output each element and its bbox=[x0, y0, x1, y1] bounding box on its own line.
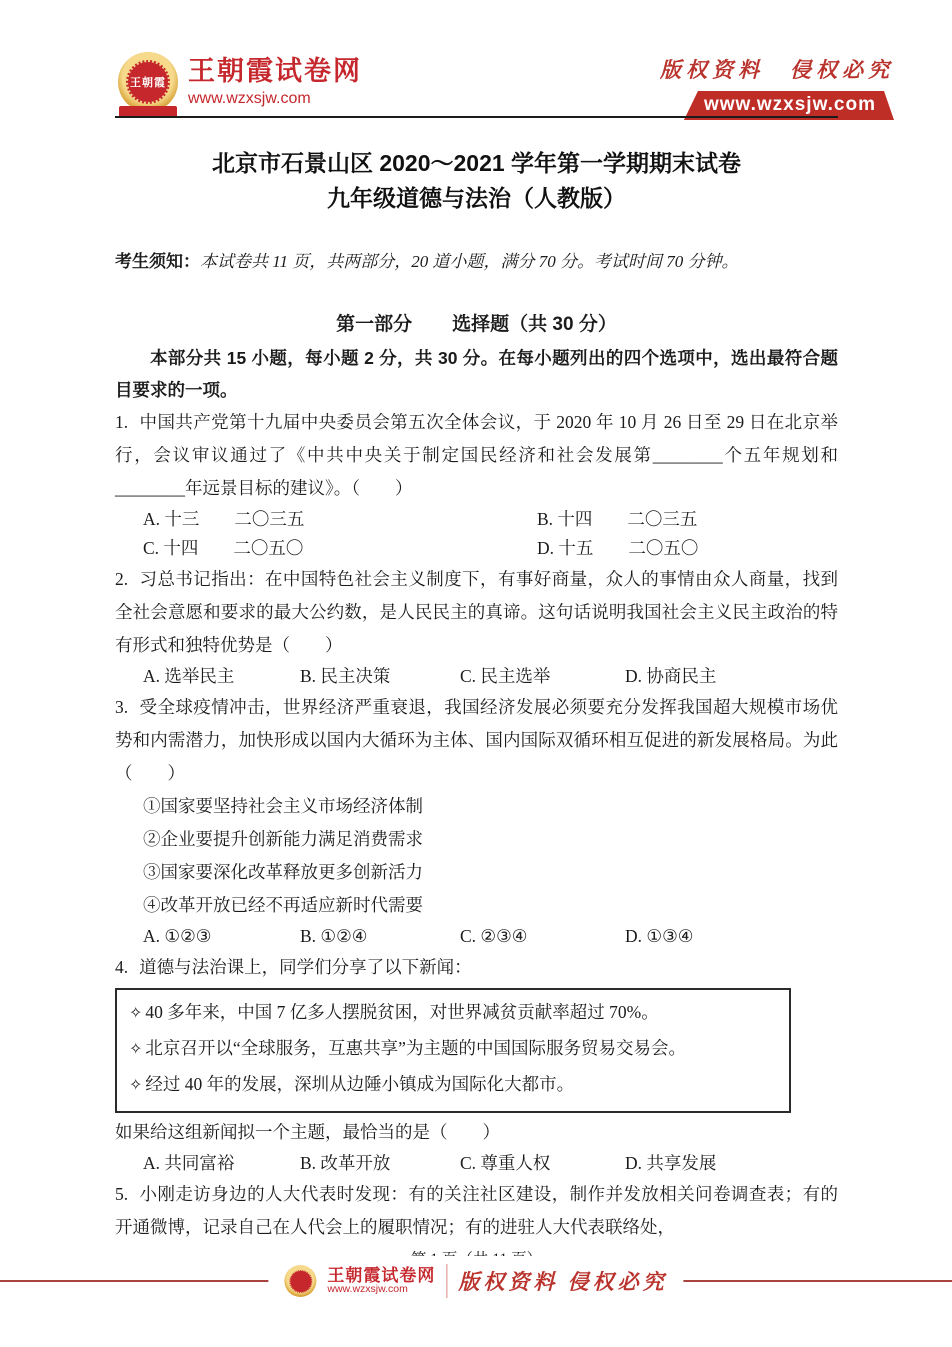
question-3-option-b: B. ①②④ bbox=[300, 922, 460, 951]
question-1-options: A. 十三 二〇三五 B. 十四 二〇三五 C. 十四 二〇五〇 D. 十五 二… bbox=[115, 505, 838, 563]
diamond-bullet-icon: ✧ bbox=[129, 1041, 142, 1058]
question-4-option-d: D. 共享发展 bbox=[625, 1149, 838, 1178]
diamond-bullet-icon: ✧ bbox=[129, 1077, 142, 1094]
question-1-option-a: A. 十三 二〇三五 bbox=[143, 505, 537, 534]
question-3-option-c: C. ②③④ bbox=[460, 922, 625, 951]
exam-title-line2: 九年级道德与法治（人教版） bbox=[115, 181, 838, 216]
question-2-option-a: A. 选举民主 bbox=[143, 662, 300, 691]
footer-vertical-divider bbox=[446, 1264, 447, 1298]
question-3: 3.受全球疫情冲击，世界经济严重衰退，我国经济发展必须要充分发挥我国超大规模市场… bbox=[115, 691, 838, 951]
seal-center: 王朝霞 bbox=[126, 60, 170, 104]
question-3-option-d: D. ①③④ bbox=[625, 922, 838, 951]
question-2-text: 2.习总书记指出：在中国特色社会主义制度下，有事好商量，众人的事情由众人商量，找… bbox=[115, 563, 838, 662]
statement-1: ①国家要坚持社会主义市场经济体制 bbox=[115, 790, 838, 823]
news-item-2: ✧北京召开以“全球服务，互惠共享”为主题的中国国际服务贸易交易会。 bbox=[129, 1031, 777, 1067]
page-footer: 王朝霞试卷网 www.wzxsjw.com 版权资料 侵权必究 bbox=[0, 1256, 952, 1306]
question-2-option-d: D. 协商民主 bbox=[625, 662, 838, 691]
exam-title-line1: 北京市石景山区 2020～2021 学年第一学期期末试卷 bbox=[115, 146, 838, 181]
part1-name: 选择题（共 30 分） bbox=[452, 312, 617, 338]
question-5-number: 5. bbox=[115, 1184, 128, 1204]
brand-name: 王朝霞试卷网 bbox=[188, 57, 362, 87]
header-divider bbox=[115, 116, 838, 118]
question-1-text: 1.中国共产党第十九届中央委员会第五次全体会议，于 2020 年 10 月 26… bbox=[115, 406, 838, 505]
question-2-number: 2. bbox=[115, 569, 128, 589]
question-3-statements: ①国家要坚持社会主义市场经济体制 ②企业要提升创新能力满足消费需求 ③国家要深化… bbox=[115, 790, 838, 922]
question-4-option-a: A. 共同富裕 bbox=[143, 1149, 300, 1178]
question-4-stem: 如果给这组新闻拟一个主题，最恰当的是（ ） bbox=[115, 1116, 838, 1149]
question-1-number: 1. bbox=[115, 412, 128, 432]
footer-brand-name: 王朝霞试卷网 bbox=[327, 1267, 435, 1285]
footer-logo: 王朝霞试卷网 www.wzxsjw.com 版权资料 侵权必究 bbox=[268, 1256, 683, 1306]
question-2-option-c: C. 民主选举 bbox=[460, 662, 625, 691]
notice-text: 本试卷共 11 页，共两部分，20 道小题，满分 70 分。考试时间 70 分钟… bbox=[200, 252, 739, 271]
statement-4: ④改革开放已经不再适应新时代需要 bbox=[115, 889, 838, 922]
news-item-3: ✧经过 40 年的发展，深圳从边陲小镇成为国际化大都市。 bbox=[129, 1067, 777, 1103]
statement-3: ③国家要深化改革释放更多创新活力 bbox=[115, 856, 838, 889]
question-4-number: 4. bbox=[115, 957, 128, 977]
brand-logo: 王朝霞 王朝霞试卷网 www.wzxsjw.com bbox=[118, 52, 362, 112]
part1-label: 第一部分 bbox=[336, 312, 412, 338]
question-3-number: 3. bbox=[115, 697, 128, 717]
part1-heading: 第一部分 选择题（共 30 分） bbox=[115, 312, 838, 338]
question-4-option-c: C. 尊重人权 bbox=[460, 1149, 625, 1178]
question-3-option-a: A. ①②③ bbox=[143, 922, 300, 951]
question-4-options: A. 共同富裕 B. 改革开放 C. 尊重人权 D. 共享发展 bbox=[115, 1149, 838, 1178]
question-4-option-b: B. 改革开放 bbox=[300, 1149, 460, 1178]
candidate-notice: 考生须知：本试卷共 11 页，共两部分，20 道小题，满分 70 分。考试时间 … bbox=[115, 250, 838, 274]
footer-brand-url: www.wzxsjw.com bbox=[327, 1284, 435, 1295]
notice-label: 考生须知： bbox=[115, 252, 200, 271]
footer-slogan: 版权资料 侵权必究 bbox=[458, 1266, 667, 1296]
statement-2: ②企业要提升创新能力满足消费需求 bbox=[115, 823, 838, 856]
news-box: ✧40 多年来，中国 7 亿多人摆脱贫困，对世界减贫贡献率超过 70%。 ✧北京… bbox=[115, 988, 791, 1113]
question-2-options: A. 选举民主 B. 民主决策 C. 民主选举 D. 协商民主 bbox=[115, 662, 838, 691]
question-4-lead: 4.道德与法治课上，同学们分享了以下新闻： bbox=[115, 951, 838, 984]
brand-url: www.wzxsjw.com bbox=[188, 90, 362, 108]
question-2-option-b: B. 民主决策 bbox=[300, 662, 460, 691]
seal-label: 王朝霞 bbox=[130, 74, 166, 90]
footer-brand-block: 王朝霞试卷网 www.wzxsjw.com bbox=[327, 1267, 435, 1296]
brand-seal-icon: 王朝霞 bbox=[118, 52, 178, 112]
question-1: 1.中国共产党第十九届中央委员会第五次全体会议，于 2020 年 10 月 26… bbox=[115, 406, 838, 563]
copyright-slogan: 版权资料 侵权必究 bbox=[660, 54, 894, 84]
question-2: 2.习总书记指出：在中国特色社会主义制度下，有事好商量，众人的事情由众人商量，找… bbox=[115, 563, 838, 691]
exam-content: 北京市石景山区 2020～2021 学年第一学期期末试卷 九年级道德与法治（人教… bbox=[115, 146, 838, 1271]
copyright-block: 版权资料 侵权必究 www.wzxsjw.com bbox=[660, 52, 894, 120]
question-1-option-c: C. 十四 二〇五〇 bbox=[143, 534, 537, 563]
question-3-options: A. ①②③ B. ①②④ C. ②③④ D. ①③④ bbox=[115, 922, 838, 951]
news-item-1: ✧40 多年来，中国 7 亿多人摆脱贫困，对世界减贫贡献率超过 70%。 bbox=[129, 995, 777, 1031]
question-5-text: 5.小刚走访身边的人大代表时发现：有的关注社区建设，制作并发放相关问卷调查表；有… bbox=[115, 1178, 838, 1244]
brand-text: 王朝霞试卷网 www.wzxsjw.com bbox=[188, 57, 362, 107]
part1-intro: 本部分共 15 小题，每小题 2 分，共 30 分。在每小题列出的四个选项中，选… bbox=[115, 342, 838, 406]
question-5: 5.小刚走访身边的人大代表时发现：有的关注社区建设，制作并发放相关问卷调查表；有… bbox=[115, 1178, 838, 1244]
question-1-option-d: D. 十五 二〇五〇 bbox=[537, 534, 838, 563]
question-1-option-b: B. 十四 二〇三五 bbox=[537, 505, 838, 534]
diamond-bullet-icon: ✧ bbox=[129, 1005, 142, 1022]
footer-seal-icon bbox=[284, 1265, 316, 1297]
page-header: 王朝霞 王朝霞试卷网 www.wzxsjw.com 版权资料 侵权必究 www.… bbox=[118, 52, 894, 120]
footer-seal-center bbox=[289, 1270, 312, 1293]
exam-page: 王朝霞 王朝霞试卷网 www.wzxsjw.com 版权资料 侵权必究 www.… bbox=[0, 0, 952, 1347]
question-4: 4.道德与法治课上，同学们分享了以下新闻： ✧40 多年来，中国 7 亿多人摆脱… bbox=[115, 951, 838, 1178]
question-3-text: 3.受全球疫情冲击，世界经济严重衰退，我国经济发展必须要充分发挥我国超大规模市场… bbox=[115, 691, 838, 790]
